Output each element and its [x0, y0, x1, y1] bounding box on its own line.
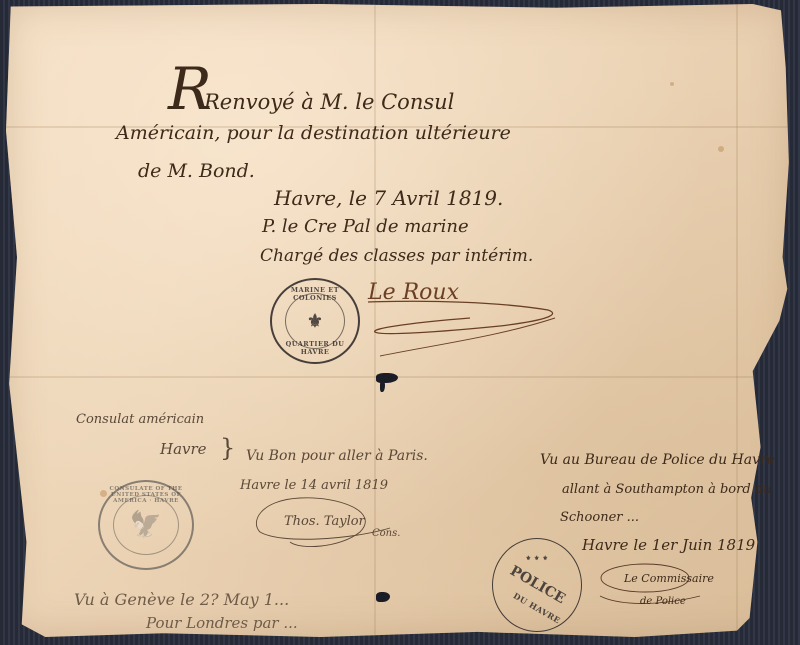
fleur-de-lis-icon: ⚜ ⚜ ⚜	[493, 555, 581, 562]
stamp-police-havre: ⚜ ⚜ ⚜ POLICE DU HAVRE	[492, 538, 582, 632]
stamp-us-consulate: CONSULATE OF THE UNITED STATES OF AMERIC…	[98, 480, 194, 570]
bottom-line-1: Vu à Genève le 2? May 1...	[74, 590, 289, 609]
stain	[670, 82, 674, 86]
police-flourish	[590, 556, 720, 616]
police-signature: Le Commissaire	[624, 572, 714, 585]
signature-flourish	[350, 296, 560, 366]
police-line-3: Schooner ...	[560, 510, 639, 525]
fold-line	[6, 376, 792, 378]
police-line-2: allant à Southampton à bord du	[562, 482, 771, 497]
dateline-place-date: Havre, le 7 Avril 1819.	[274, 186, 503, 210]
header-line-2: Américain, pour la destination ultérieur…	[116, 122, 511, 144]
bottom-line-2: Pour Londres par ...	[146, 614, 298, 632]
consulate-signature-suffix: Cons.	[372, 528, 400, 539]
consulate-heading: Consulat américain	[76, 412, 204, 427]
dateline-commissioner: P. le Cre Pal de marine	[262, 216, 469, 237]
brace: }	[220, 434, 235, 462]
consulate-signature: Thos. Taylor	[284, 514, 365, 529]
dateline-charge: Chargé des classes par intérim.	[260, 246, 533, 266]
police-date: Havre le 1er Juin 1819	[582, 536, 755, 554]
header-line-1: Renvoyé à M. le Consul	[204, 90, 454, 114]
police-signature-suffix: de Police	[640, 596, 686, 607]
stamp-marine-colonies: MARINE ET COLONIES ⚜ QUARTIER DU HAVRE	[270, 278, 360, 364]
consulate-date: Havre le 14 avril 1819	[240, 478, 388, 493]
stain	[718, 146, 724, 152]
eagle-icon: 🦅	[130, 510, 162, 540]
police-line-1: Vu au Bureau de Police du Havre	[540, 452, 775, 468]
header-line-3: de M. Bond.	[138, 160, 255, 182]
consulate-visa: Vu Bon pour aller à Paris.	[246, 448, 428, 464]
consulate-place: Havre	[160, 440, 207, 458]
